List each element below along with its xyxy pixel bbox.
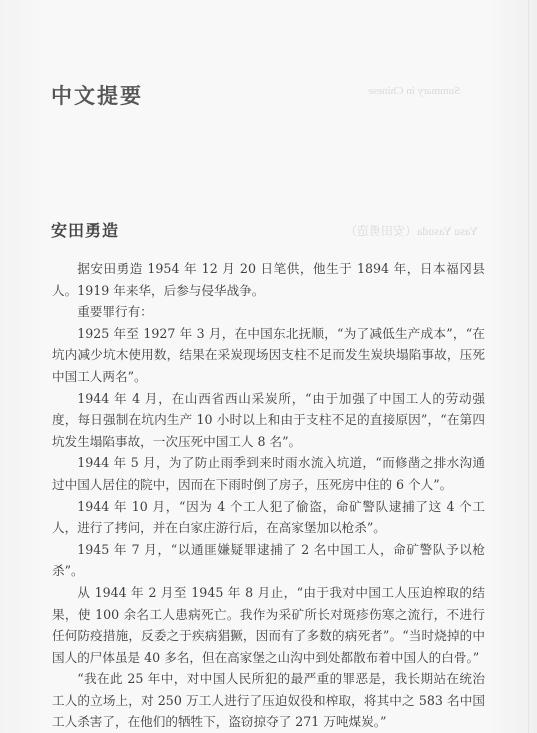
chapter-title: 中文提要	[51, 80, 143, 110]
paragraph: 1925 年至 1927 年 3 月，在中国东北抚顺，“为了减低生产成本”，“在…	[52, 323, 485, 388]
paragraph: 据安田勇造 1954 年 12 月 20 日笔供，他生于 1894 年，日本福冈…	[52, 258, 485, 301]
page-gutter	[528, 0, 529, 733]
paragraph: 从 1944 年 2 月至 1945 年 8 月止，“由于我对中国工人压迫榨取的…	[52, 582, 485, 668]
section-title: 安田勇造	[51, 218, 119, 241]
paragraph: 1944 年 5 月，为了防止雨季到来时雨水流入坑道，“而修凿之排水沟通过中国人…	[52, 452, 485, 495]
paragraph: 1945 年 7 月，“以通匪嫌疑罪逮捕了 2 名中国工人，命矿警队予以枪杀”。	[52, 539, 485, 582]
body-text: 据安田勇造 1954 年 12 月 20 日笔供，他生于 1894 年，日本福冈…	[52, 258, 485, 733]
paragraph: 1944 年 4 月，在山西省西山采炭所，“由于加强了中国工人的劳动强度，每日强…	[52, 388, 485, 453]
book-page: Summary in Chinese Yasu Yasuda（安田勇造） 中文提…	[0, 0, 537, 733]
paragraph: “我在此 25 年中，对中国人民所犯的最严重的罪恶是，我长期站在统治工人的立场上…	[52, 668, 485, 733]
paragraph: 1944 年 10 月，“因为 4 个工人犯了偷盗，命矿警队逮捕了这 4 个工人…	[52, 496, 485, 539]
paragraph: 重要罪行有：	[52, 301, 485, 323]
show-through-text: Yasu Yasuda（安田勇造）	[345, 222, 478, 239]
show-through-text: Summary in Chinese	[368, 85, 460, 97]
